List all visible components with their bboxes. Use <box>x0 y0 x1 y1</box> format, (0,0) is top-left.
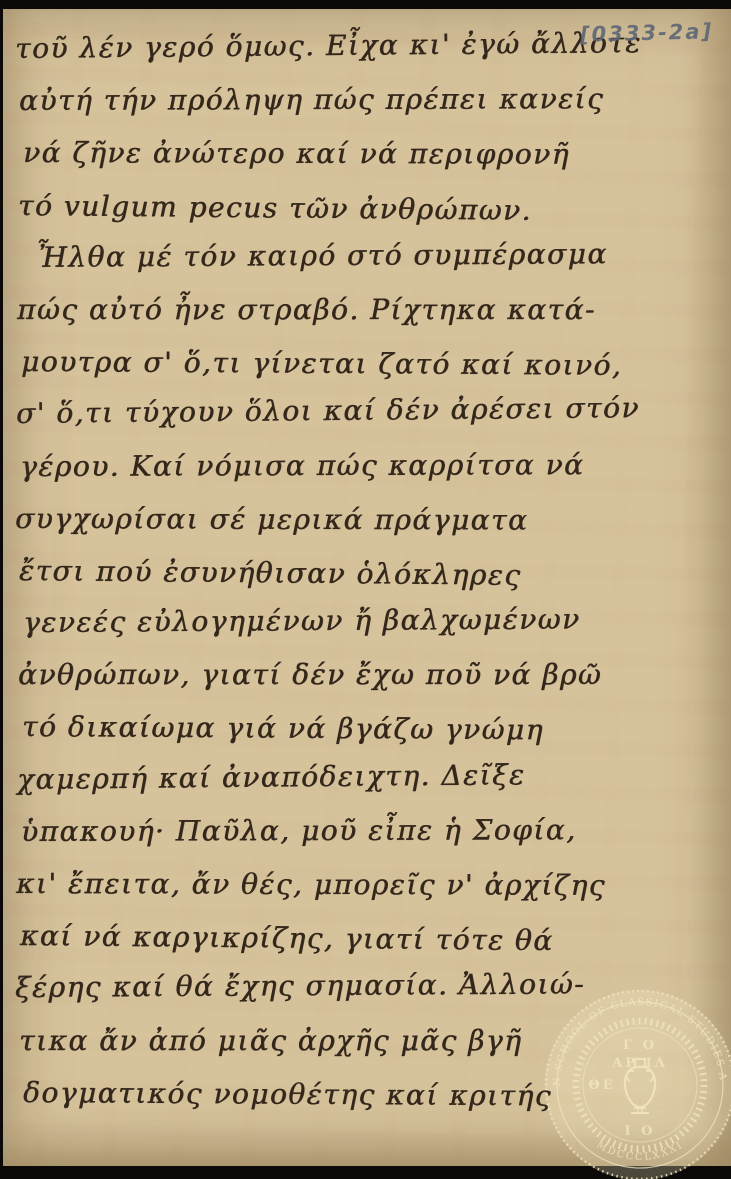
manuscript-line: ξέρης καί θά ἔχης σημασία. Ἀλλοιώ- <box>15 958 727 1015</box>
manuscript-line: σ' ὅ,τι τύχουν ὅλοι καί δέν ἀρέσει στόν <box>16 382 728 441</box>
svg-text:Ι Ο: Ι Ο <box>625 1124 656 1139</box>
manuscript-line: κι' ἔπειτα, ἄν θές, μπορεῖς ν' ἀρχίζης <box>16 858 728 912</box>
manuscript-line: συγχωρίσαι σέ μερικά πράγματα <box>15 493 727 547</box>
paper-sheet: [0333-2a] τοῦ λέν γερό ὅμως. Εἶχα κι' ἐγ… <box>3 9 731 1166</box>
manuscript-line: γέρου. Καί νόμισα πώς καρρίτσα νά <box>20 438 731 492</box>
manuscript-line: αὐτή τήν πρόληψη πώς πρέπει κανείς <box>19 73 731 127</box>
scanned-manuscript-page: [0333-2a] τοῦ λέν γερό ὅμως. Εἶχα κι' ἐγ… <box>0 0 731 1179</box>
archive-label: [0333-2a] <box>580 19 714 46</box>
manuscript-line: τικα ἄν ἀπό μιᾶς ἀρχῆς μᾶς βγῆ <box>19 1015 731 1067</box>
manuscript-line: Ἦλθα μέ τόν καιρό στό συμπέρασμα <box>22 227 731 284</box>
manuscript-line: ἀνθρώπων, γιατί δέν ἔχω ποῦ νά βρῶ <box>18 649 730 701</box>
manuscript-line: δογματικός νομοθέτης καί κριτής <box>23 1067 731 1124</box>
manuscript-text-block: τοῦ λέν γερό ὅμως. Εἶχα κι' ἐγώ ἄλλοτεαὐ… <box>15 23 727 1119</box>
manuscript-line: χαμερπή καί ἀναπόδειχτη. Δεῖξε <box>17 747 729 806</box>
manuscript-line: νά ζῆνε ἀνώτερο καί νά περιφρονῆ <box>23 127 731 181</box>
manuscript-line: ὑπακουή· Παῦλα, μοῦ εἶπε ἡ Σοφία, <box>21 804 731 858</box>
manuscript-line: πώς αὐτό ἦνε στραβό. Ρίχτηκα κατά- <box>17 284 729 336</box>
manuscript-line: γενεές εὐλογημένων ἤ βαλχωμένων <box>23 593 731 650</box>
